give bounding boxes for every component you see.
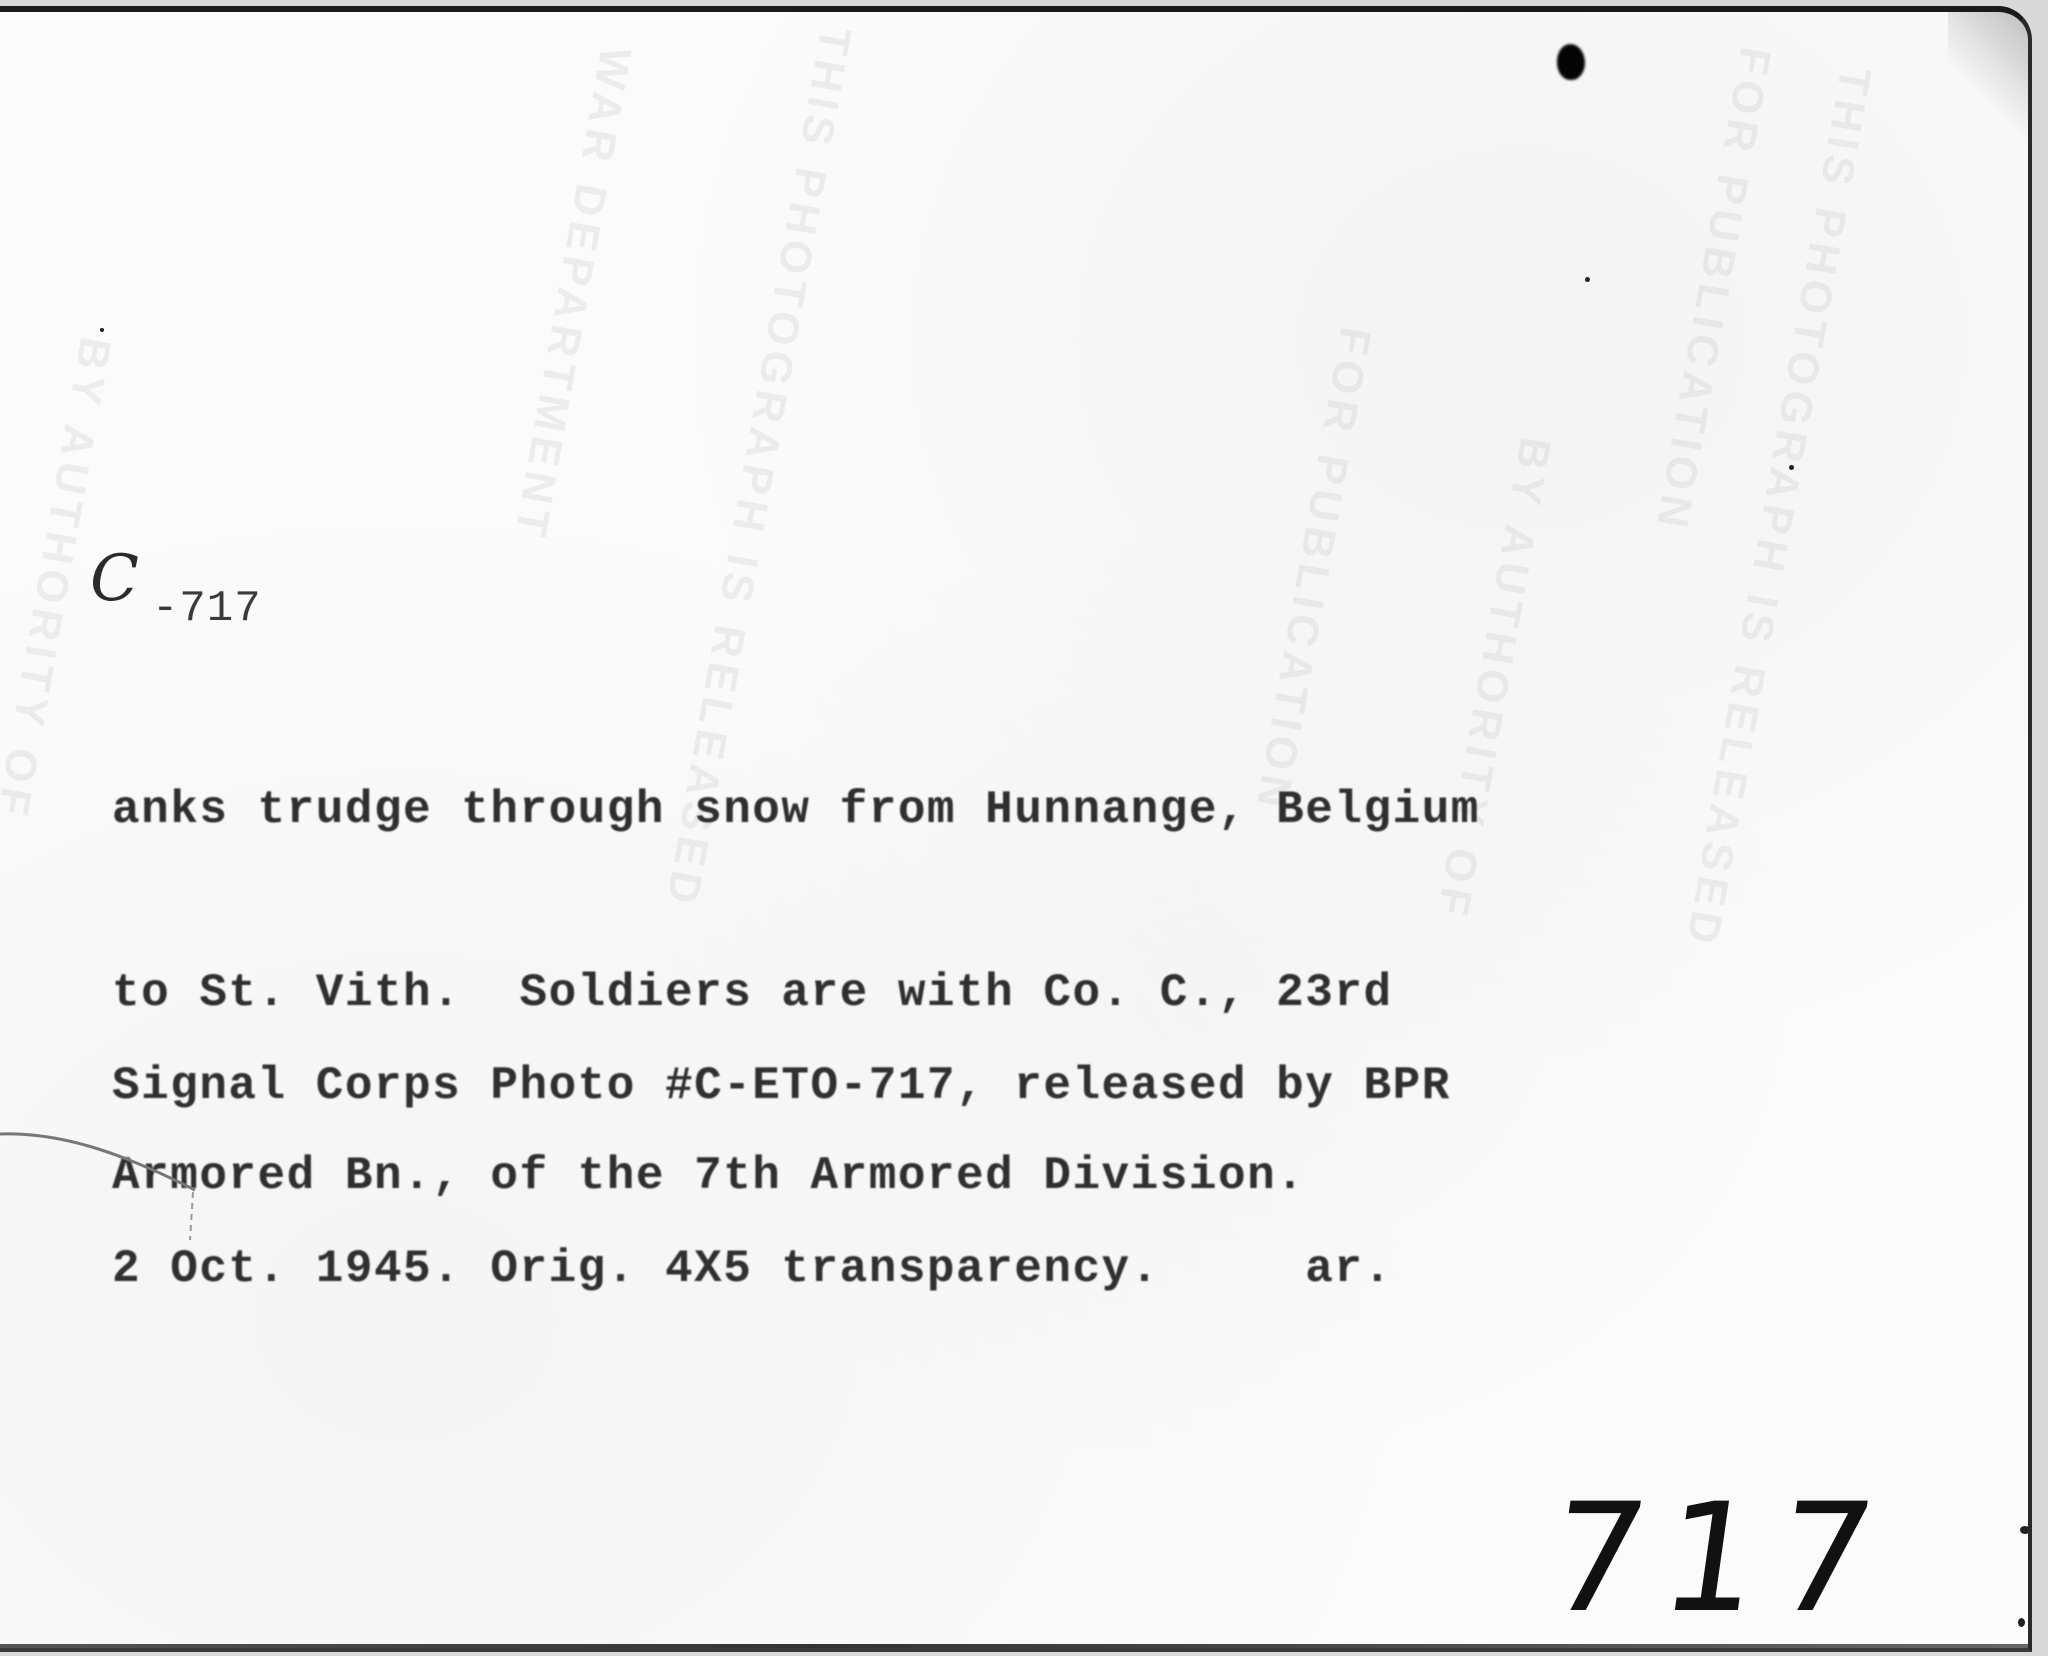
dust-speck (1585, 277, 1590, 282)
caption-line: anks trudge through snow from Hunnange, … (112, 780, 1480, 841)
paper-fold-mark (0, 1122, 200, 1242)
credit-line: 2 Oct. 1945. Orig. 4X5 transparency. ar. (112, 1239, 1451, 1300)
catalog-prefix-handwritten: C (90, 542, 139, 616)
dust-speck (100, 328, 104, 332)
handwritten-number: 717 (1538, 1472, 1903, 1646)
dust-speck (1789, 465, 1794, 470)
photo-credit: Signal Corps Photo #C-ETO-717, released … (112, 934, 1451, 1422)
credit-line: Signal Corps Photo #C-ETO-717, released … (112, 1056, 1451, 1117)
card-bottom-edge (0, 1644, 2028, 1648)
folded-corner-shadow (1948, 12, 2028, 152)
hole-punch-mark (1557, 44, 1585, 80)
dust-speck (2018, 1618, 2025, 1627)
bleed-through-stamp: WAR DEPARTMENT (504, 43, 640, 545)
photo-card-back: THIS PHOTOGRAPH IS RELEASED FOR PUBLICAT… (0, 6, 2032, 1652)
dust-speck (2020, 1526, 2030, 1534)
catalog-number-typed: -717 (152, 584, 262, 634)
